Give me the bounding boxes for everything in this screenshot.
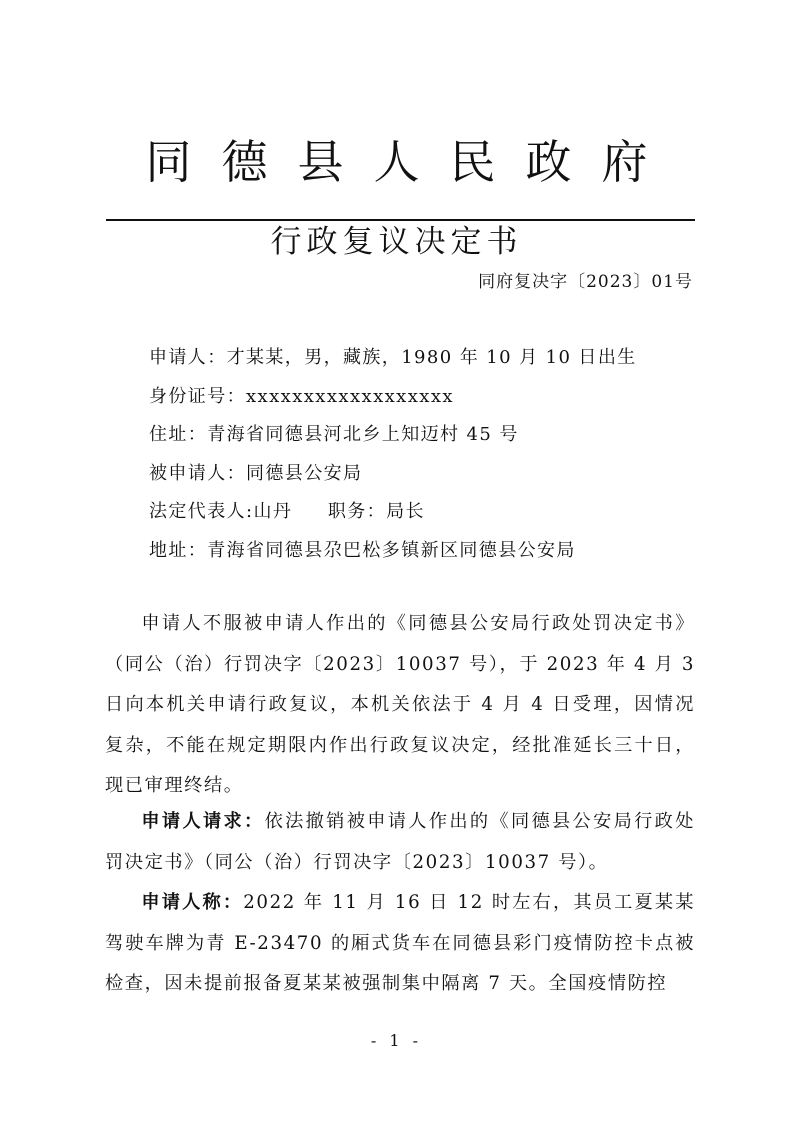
respondent-legal-representative: 法定代表人:山丹 职务：局长 (149, 499, 425, 525)
respondent-name: 被申请人：同德县公安局 (149, 461, 362, 487)
applicant-id-number: 身份证号：xxxxxxxxxxxxxxxxxx (149, 384, 454, 410)
intro-paragraph: 申请人不服被申请人作出的《同德县公安局行政处罚决定书》（同公（治）行罚决字〔20… (105, 604, 695, 807)
respondent-address: 地址：青海省同德县尕巴松多镇新区同德县公安局 (149, 538, 576, 564)
request-paragraph: 申请人请求：依法撤销被申请人作出的《同德县公安局行政处罚决定书》（同公（治）行罚… (105, 802, 695, 883)
page-number: - 1 - (0, 1031, 793, 1050)
request-label: 申请人请求： (141, 811, 264, 832)
header-divider (106, 219, 695, 221)
document-title: 行政复议决定书 (0, 222, 793, 262)
issuing-organization: 同德县人民政府 (0, 136, 793, 188)
applicant-address: 住址：青海省同德县河北乡上知迈村 45 号 (149, 422, 519, 448)
applicant-info: 申请人：才某某，男，藏族，1980 年 10 月 10 日出生 (149, 345, 637, 371)
claim-label: 申请人称： (141, 892, 243, 913)
claim-paragraph: 申请人称：2022 年 11 月 16 日 12 时左右，其员工夏某某驾驶车牌为… (105, 883, 695, 1005)
document-number: 同府复决字〔2023〕01号 (478, 270, 693, 294)
